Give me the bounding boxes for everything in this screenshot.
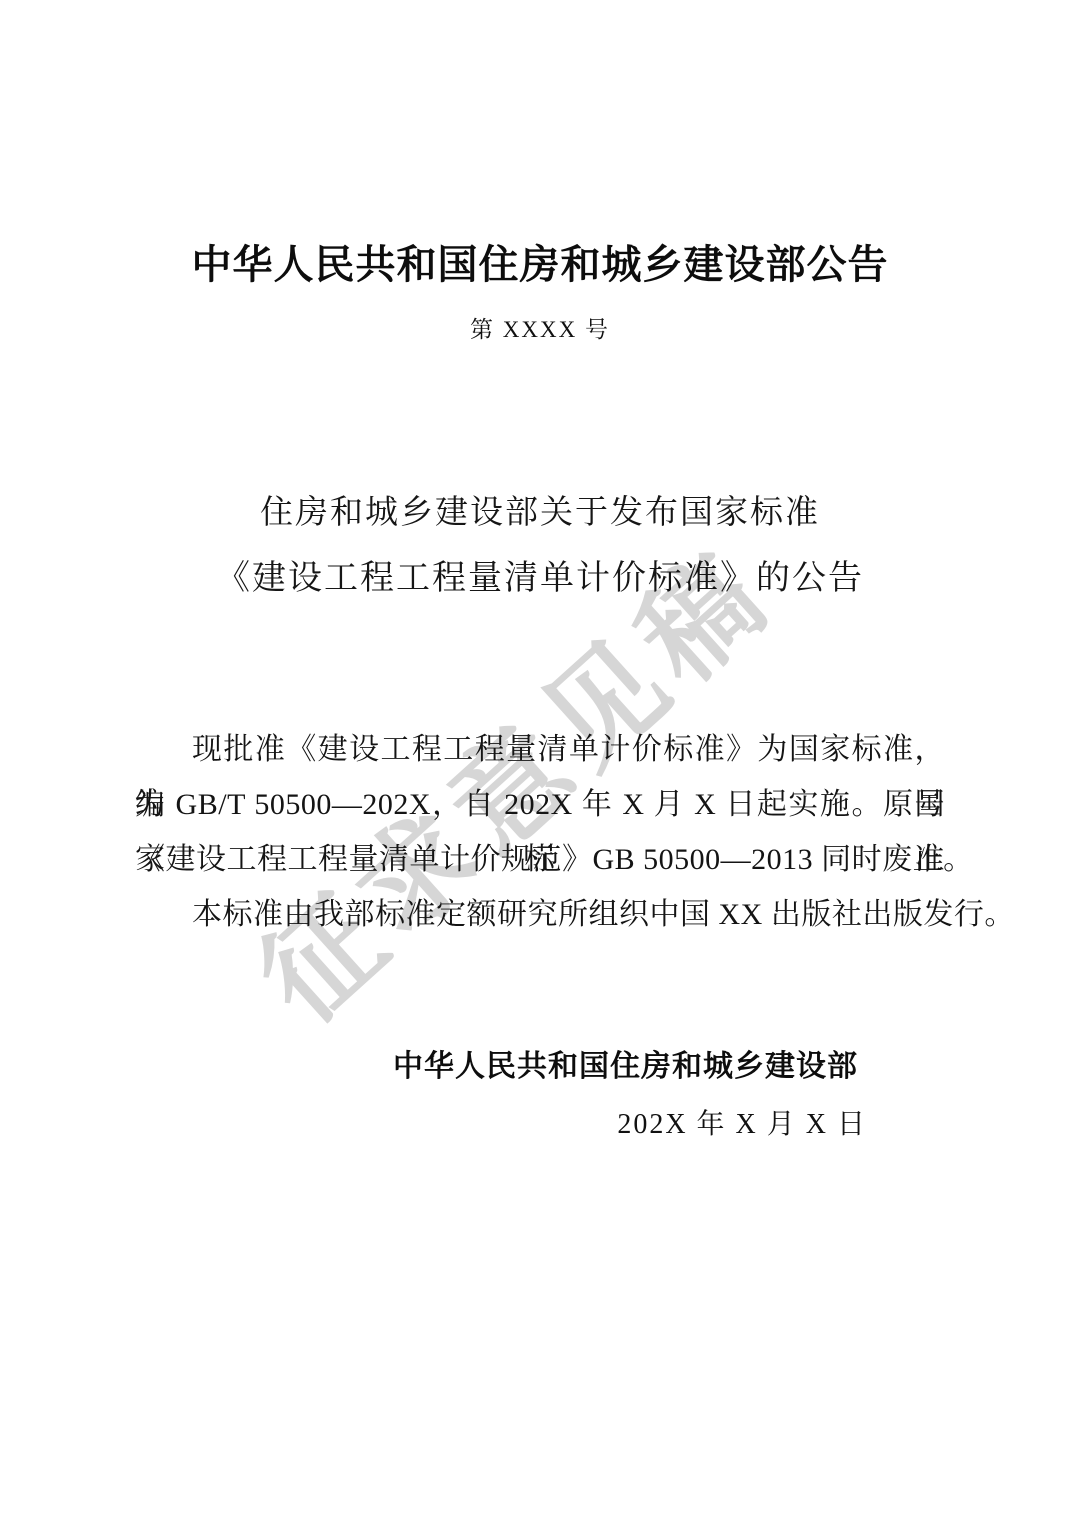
body-text: 现批准《建设工程工程量清单计价标准》为国家标准，编号 为 GB/T 50500—… (135, 722, 945, 942)
body-text-line-3: 《建设工程工程量清单计价规范》GB 50500—2013 同时废止。 (135, 832, 945, 887)
signature-authority: 中华人民共和国住房和城乡建设部 (135, 1044, 945, 1090)
issue-number: 第 XXXX 号 (0, 314, 1080, 346)
body-text-line-2: 为 GB/T 50500—202X，自 202X 年 X 月 X 日起实施。原国… (135, 777, 945, 832)
document-title: 中华人民共和国住房和城乡建设部公告 (0, 238, 1080, 292)
body-text-line-4: 本标准由我部标准定额研究所组织中国 XX 出版社出版发行。 (135, 887, 945, 942)
announcement-subtitle-line-2: 《建设工程工程量清单计价标准》的公告 (0, 558, 1080, 600)
body-text-line-1: 现批准《建设工程工程量清单计价标准》为国家标准，编号 (135, 722, 945, 777)
signature-date: 202X 年 X 月 X 日 (135, 1102, 945, 1148)
announcement-subtitle-line-1: 住房和城乡建设部关于发布国家标准 (0, 492, 1080, 534)
announcement-page: 征求意见稿 中华人民共和国住房和城乡建设部公告 第 XXXX 号 住房和城乡建设… (0, 0, 1080, 1526)
signature-block: 中华人民共和国住房和城乡建设部 202X 年 X 月 X 日 (135, 1044, 945, 1148)
